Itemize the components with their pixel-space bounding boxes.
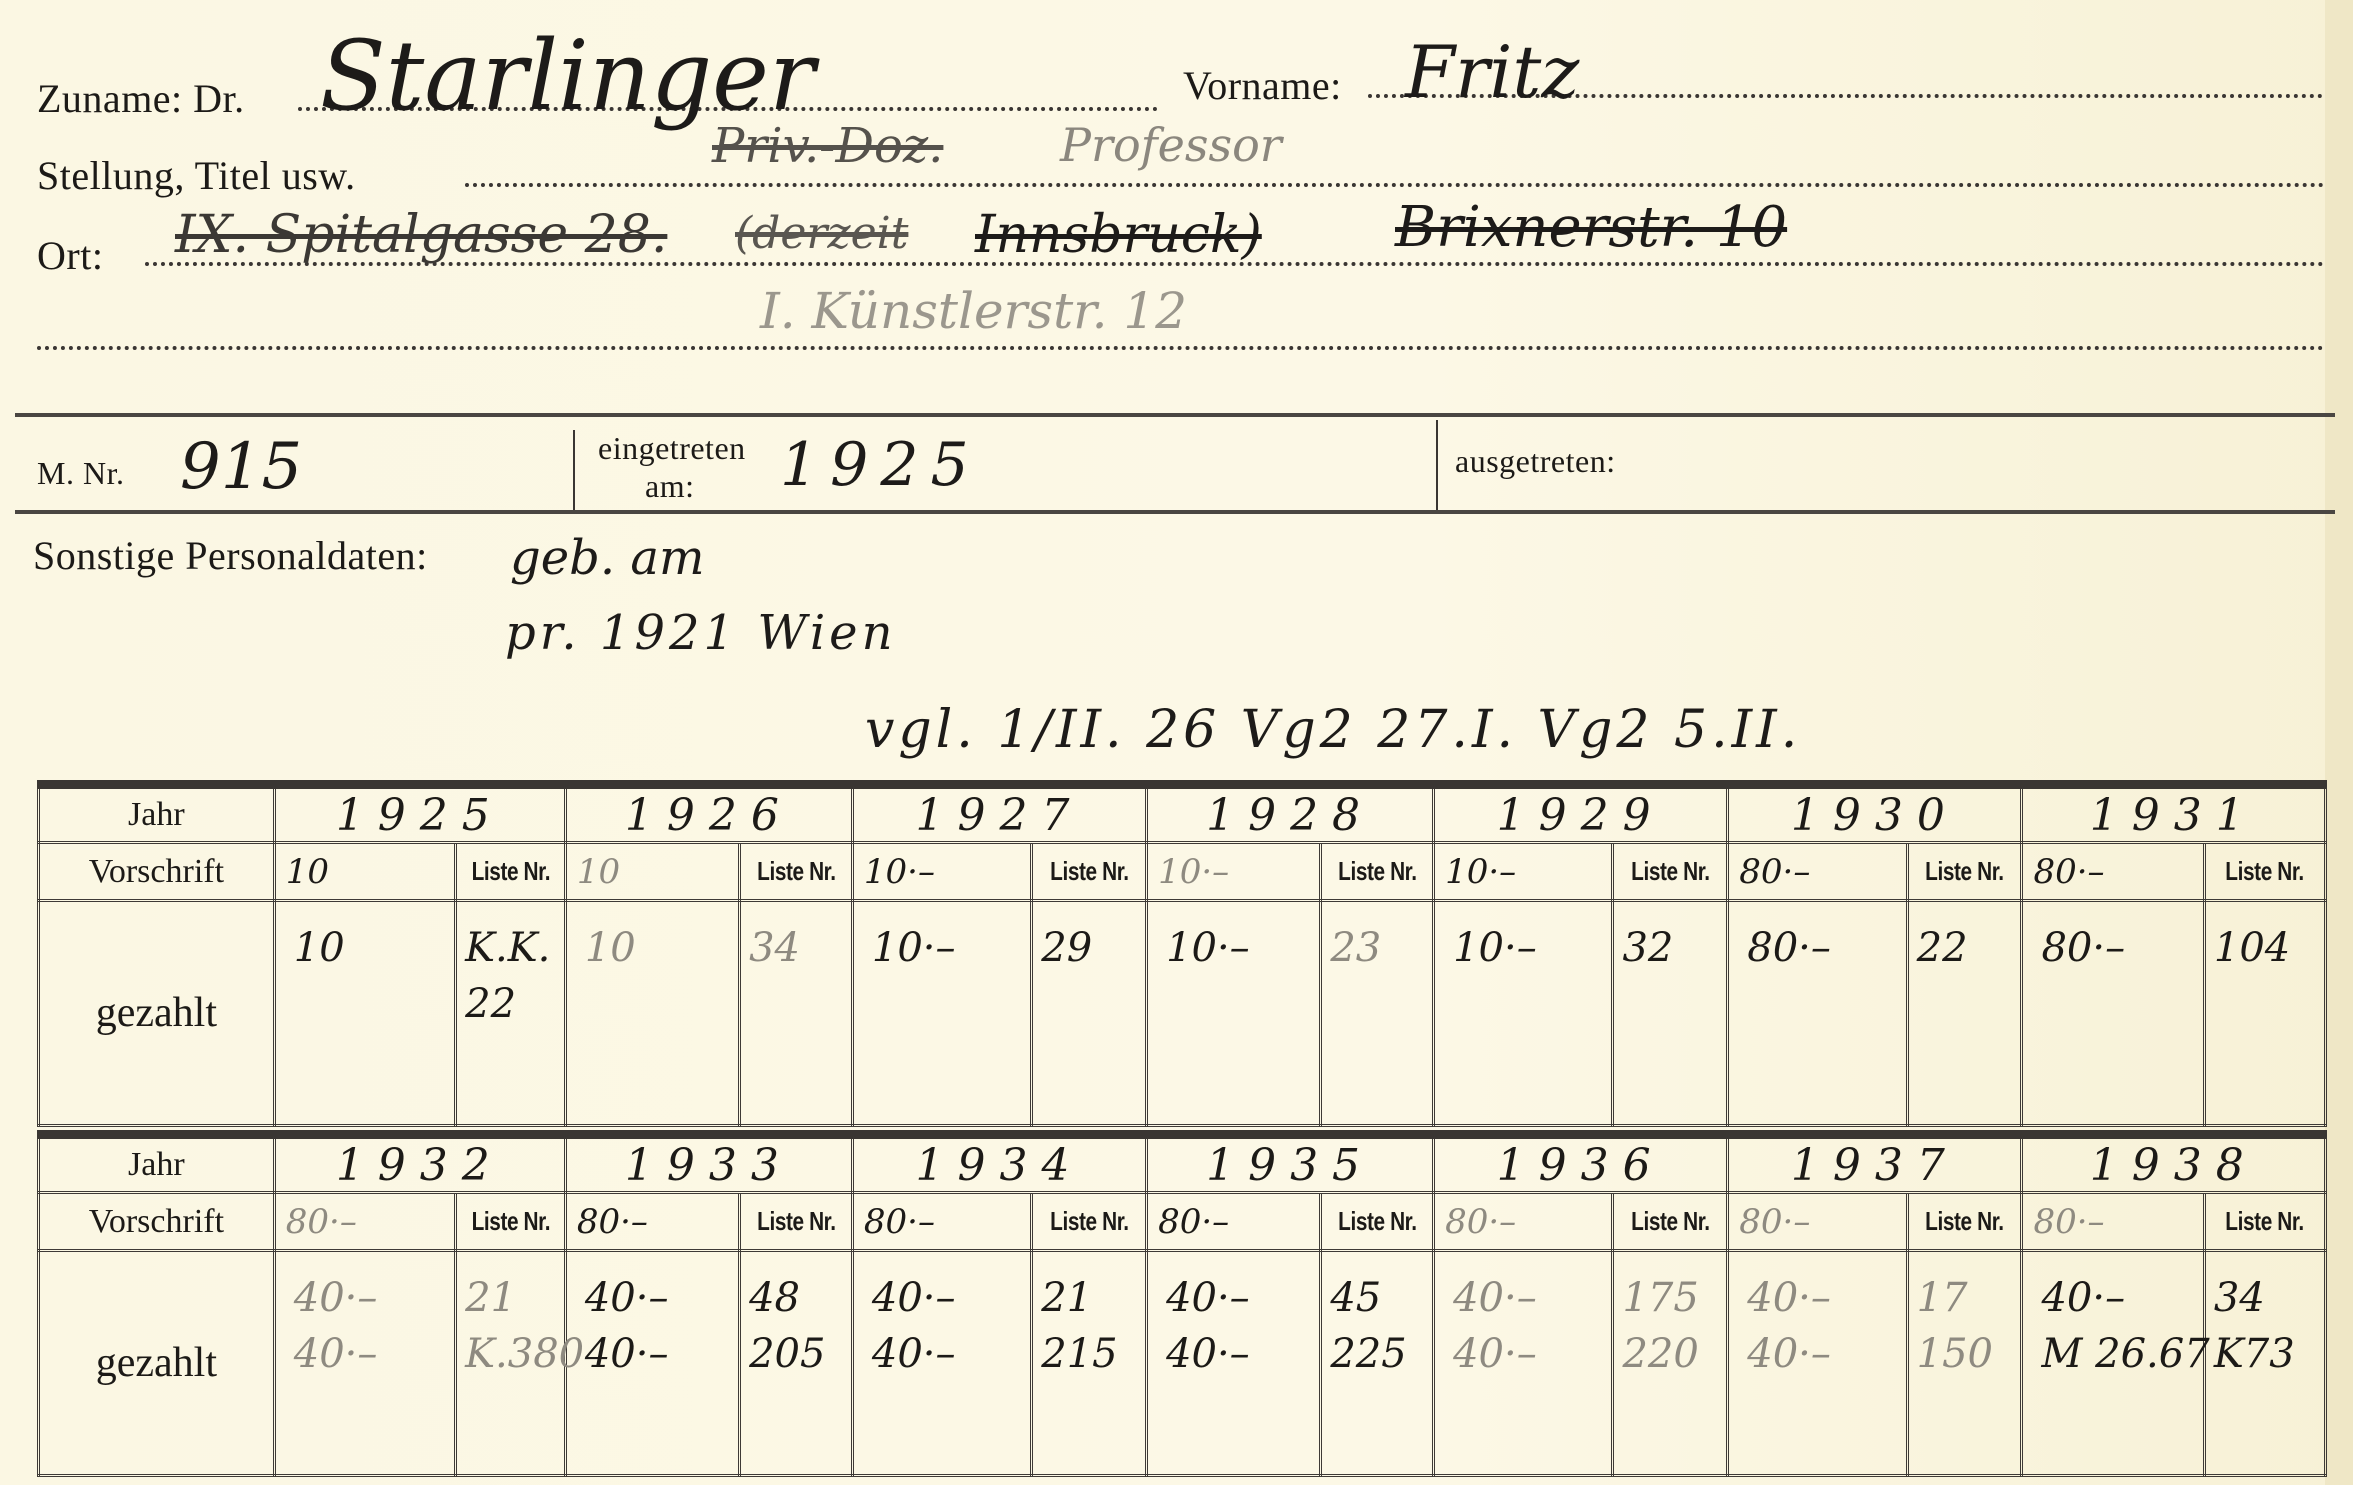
year-cell: 1933 (565, 1135, 852, 1193)
stellung-label: Stellung, Titel usw. (37, 152, 356, 199)
gezahlt-value: 40·– 40·– (872, 1270, 956, 1382)
vorschrift-value: 10·– (1147, 843, 1321, 901)
year-cell: 1936 (1434, 1135, 1728, 1193)
mnr-value: 915 (180, 430, 302, 504)
vorschrift-value: 80·– (1728, 1193, 1907, 1251)
vorschrift-value: 10·– (1434, 843, 1613, 901)
card-edge (2325, 0, 2353, 1485)
vorschrift-label: Vorschrift (39, 843, 275, 901)
vorschrift-value: 80·– (1434, 1193, 1613, 1251)
liste-nr-label: Liste Nr. (1624, 843, 1716, 901)
ort-label: Ort: (37, 232, 103, 279)
liste-nr-label: Liste Nr. (1332, 1193, 1422, 1251)
zuname-value: Starlinger (320, 20, 815, 132)
gezahlt-value: 10·– (1453, 920, 1537, 976)
gezahlt-value: 10 (294, 920, 345, 976)
year-cell: 1927 (852, 785, 1146, 843)
liste-nr-value: 48 205 (749, 1270, 825, 1382)
ort-value-current: I. Künstlerstr. 12 (760, 282, 1187, 340)
gezahlt-label: gezahlt (39, 1251, 275, 1476)
ort-value-struck-4: Brixnerstr. 10 (1395, 195, 1787, 260)
liste-nr-label: Liste Nr. (751, 1193, 841, 1251)
ort-value-struck-2: (derzeit (735, 208, 908, 259)
jahr-label: Jahr (39, 1135, 275, 1193)
liste-nr-value: 32 (1622, 920, 1673, 976)
stellung-value-struck: Priv.-Doz. (712, 118, 943, 174)
vorschrift-value: 80·– (2022, 1193, 2204, 1251)
gezahlt-row: gezahlt40·– 40·–21 K.38040·– 40·–48 2054… (39, 1251, 2326, 1476)
liste-nr-value: 29 (1041, 920, 1092, 976)
liste-nr-label: Liste Nr. (1919, 1193, 2011, 1251)
vorschrift-label: Vorschrift (39, 1193, 275, 1251)
liste-nr-value: 175 220 (1622, 1270, 1698, 1382)
eingetreten-label: eingetreten (598, 430, 746, 467)
personal-label: Sonstige Personaldaten: (33, 532, 428, 579)
jahr-row: Jahr1925192619271928192919301931 (39, 785, 2326, 843)
liste-nr-value: 22 (1917, 920, 1968, 976)
gezahlt-value: 40·– 40·– (294, 1270, 378, 1382)
year-cell: 1937 (1728, 1135, 2022, 1193)
gezahlt-value: 10 (585, 920, 636, 976)
gezahlt-value: 40·– 40·– (1453, 1270, 1537, 1382)
liste-nr-label: Liste Nr. (1624, 1193, 1716, 1251)
year-cell: 1925 (274, 785, 565, 843)
liste-nr-label: Liste Nr. (467, 843, 555, 901)
jahr-label: Jahr (39, 785, 275, 843)
liste-nr-label: Liste Nr. (2217, 1193, 2314, 1251)
gezahlt-value: 80·– (2041, 920, 2125, 976)
divider-2 (1436, 420, 1438, 510)
mnr-label: M. Nr. (37, 455, 124, 492)
vorname-label: Vorname: (1183, 62, 1342, 109)
liste-nr-value: 104 (2214, 920, 2290, 976)
year-cell: 1934 (852, 1135, 1146, 1193)
gezahlt-row: gezahlt10K.K. 22103410·–2910·–2310·–3280… (39, 901, 2326, 1126)
liste-nr-value: K.K. 22 (465, 920, 550, 1032)
vorschrift-row: Vorschrift80·–Liste Nr.80·–Liste Nr.80·–… (39, 1193, 2326, 1251)
vorschrift-value: 80·– (852, 1193, 1031, 1251)
year-cell: 1926 (565, 785, 852, 843)
vorschrift-value: 10 (274, 843, 455, 901)
year-cell: 1932 (274, 1135, 565, 1193)
liste-nr-label: Liste Nr. (1919, 843, 2011, 901)
personal-line-1: geb. am (510, 530, 705, 586)
gezahlt-value: 10·– (872, 920, 956, 976)
fees-table-1925-1931: Jahr1925192619271928192919301931Vorschri… (37, 780, 2327, 1127)
year-cell: 1929 (1434, 785, 1728, 843)
zuname-label: Zuname: Dr. (37, 75, 245, 122)
gezahlt-value: 10·– (1166, 920, 1250, 976)
liste-nr-label: Liste Nr. (1043, 1193, 1135, 1251)
liste-nr-label: Liste Nr. (1332, 843, 1422, 901)
gezahlt-value: 40·– 40·– (585, 1270, 669, 1382)
ausgetreten-label: ausgetreten: (1455, 443, 1616, 480)
membership-card: Zuname: Dr. Starlinger Vorname: Fritz St… (0, 0, 2353, 1485)
vorschrift-value: 80·– (565, 1193, 739, 1251)
liste-nr-value: 45 225 (1330, 1270, 1406, 1382)
jahr-row: Jahr1932193319341935193619371938 (39, 1135, 2326, 1193)
vorschrift-value: 10 (565, 843, 739, 901)
ort-line-2 (37, 346, 2325, 350)
liste-nr-value: 21 215 (1041, 1270, 1117, 1382)
vorname-value: Fritz (1405, 30, 1579, 114)
liste-nr-value: 17 150 (1917, 1270, 1993, 1382)
eingetreten-am-label: am: (645, 468, 694, 505)
gezahlt-value: 40·– 40·– (1166, 1270, 1250, 1382)
year-cell: 1938 (2022, 1135, 2326, 1193)
liste-nr-label: Liste Nr. (2217, 843, 2314, 901)
vorschrift-value: 80·– (274, 1193, 455, 1251)
membership-top-rule (15, 413, 2335, 417)
year-cell: 1928 (1147, 785, 1434, 843)
vorschrift-value: 10·– (852, 843, 1031, 901)
ort-value-struck-1: IX. Spitalgasse 28. (175, 205, 667, 265)
liste-nr-label: Liste Nr. (1043, 843, 1135, 901)
eingetreten-value: 1925 (780, 430, 981, 500)
membership-bottom-rule (15, 510, 2335, 514)
vorschrift-value: 80·– (1147, 1193, 1321, 1251)
gezahlt-label: gezahlt (39, 901, 275, 1126)
divider-1 (573, 430, 575, 510)
personal-note: vgl. 1/II. 26 Vg2 27.I. Vg2 5.II. (865, 700, 1801, 760)
vorschrift-row: Vorschrift10Liste Nr.10Liste Nr.10·–List… (39, 843, 2326, 901)
liste-nr-value: 34 K73 (2214, 1270, 2295, 1382)
year-cell: 1930 (1728, 785, 2022, 843)
liste-nr-value: 34 (749, 920, 800, 976)
stellung-value: Professor (1060, 118, 1282, 172)
year-cell: 1935 (1147, 1135, 1434, 1193)
liste-nr-value: 23 (1330, 920, 1381, 976)
gezahlt-value: 80·– (1747, 920, 1831, 976)
liste-nr-label: Liste Nr. (467, 1193, 555, 1251)
gezahlt-value: 40·– 40·– (1747, 1270, 1831, 1382)
stellung-line (465, 183, 2325, 187)
fees-table-1932-1938: Jahr1932193319341935193619371938Vorschri… (37, 1130, 2327, 1477)
personal-line-2: pr. 1921 Wien (505, 605, 897, 661)
vorschrift-value: 80·– (2022, 843, 2204, 901)
year-cell: 1931 (2022, 785, 2326, 843)
vorschrift-value: 80·– (1728, 843, 1907, 901)
liste-nr-label: Liste Nr. (751, 843, 841, 901)
gezahlt-value: 40·– M 26.67 (2041, 1270, 2209, 1382)
ort-value-struck-3: Innsbruck) (975, 205, 1262, 265)
